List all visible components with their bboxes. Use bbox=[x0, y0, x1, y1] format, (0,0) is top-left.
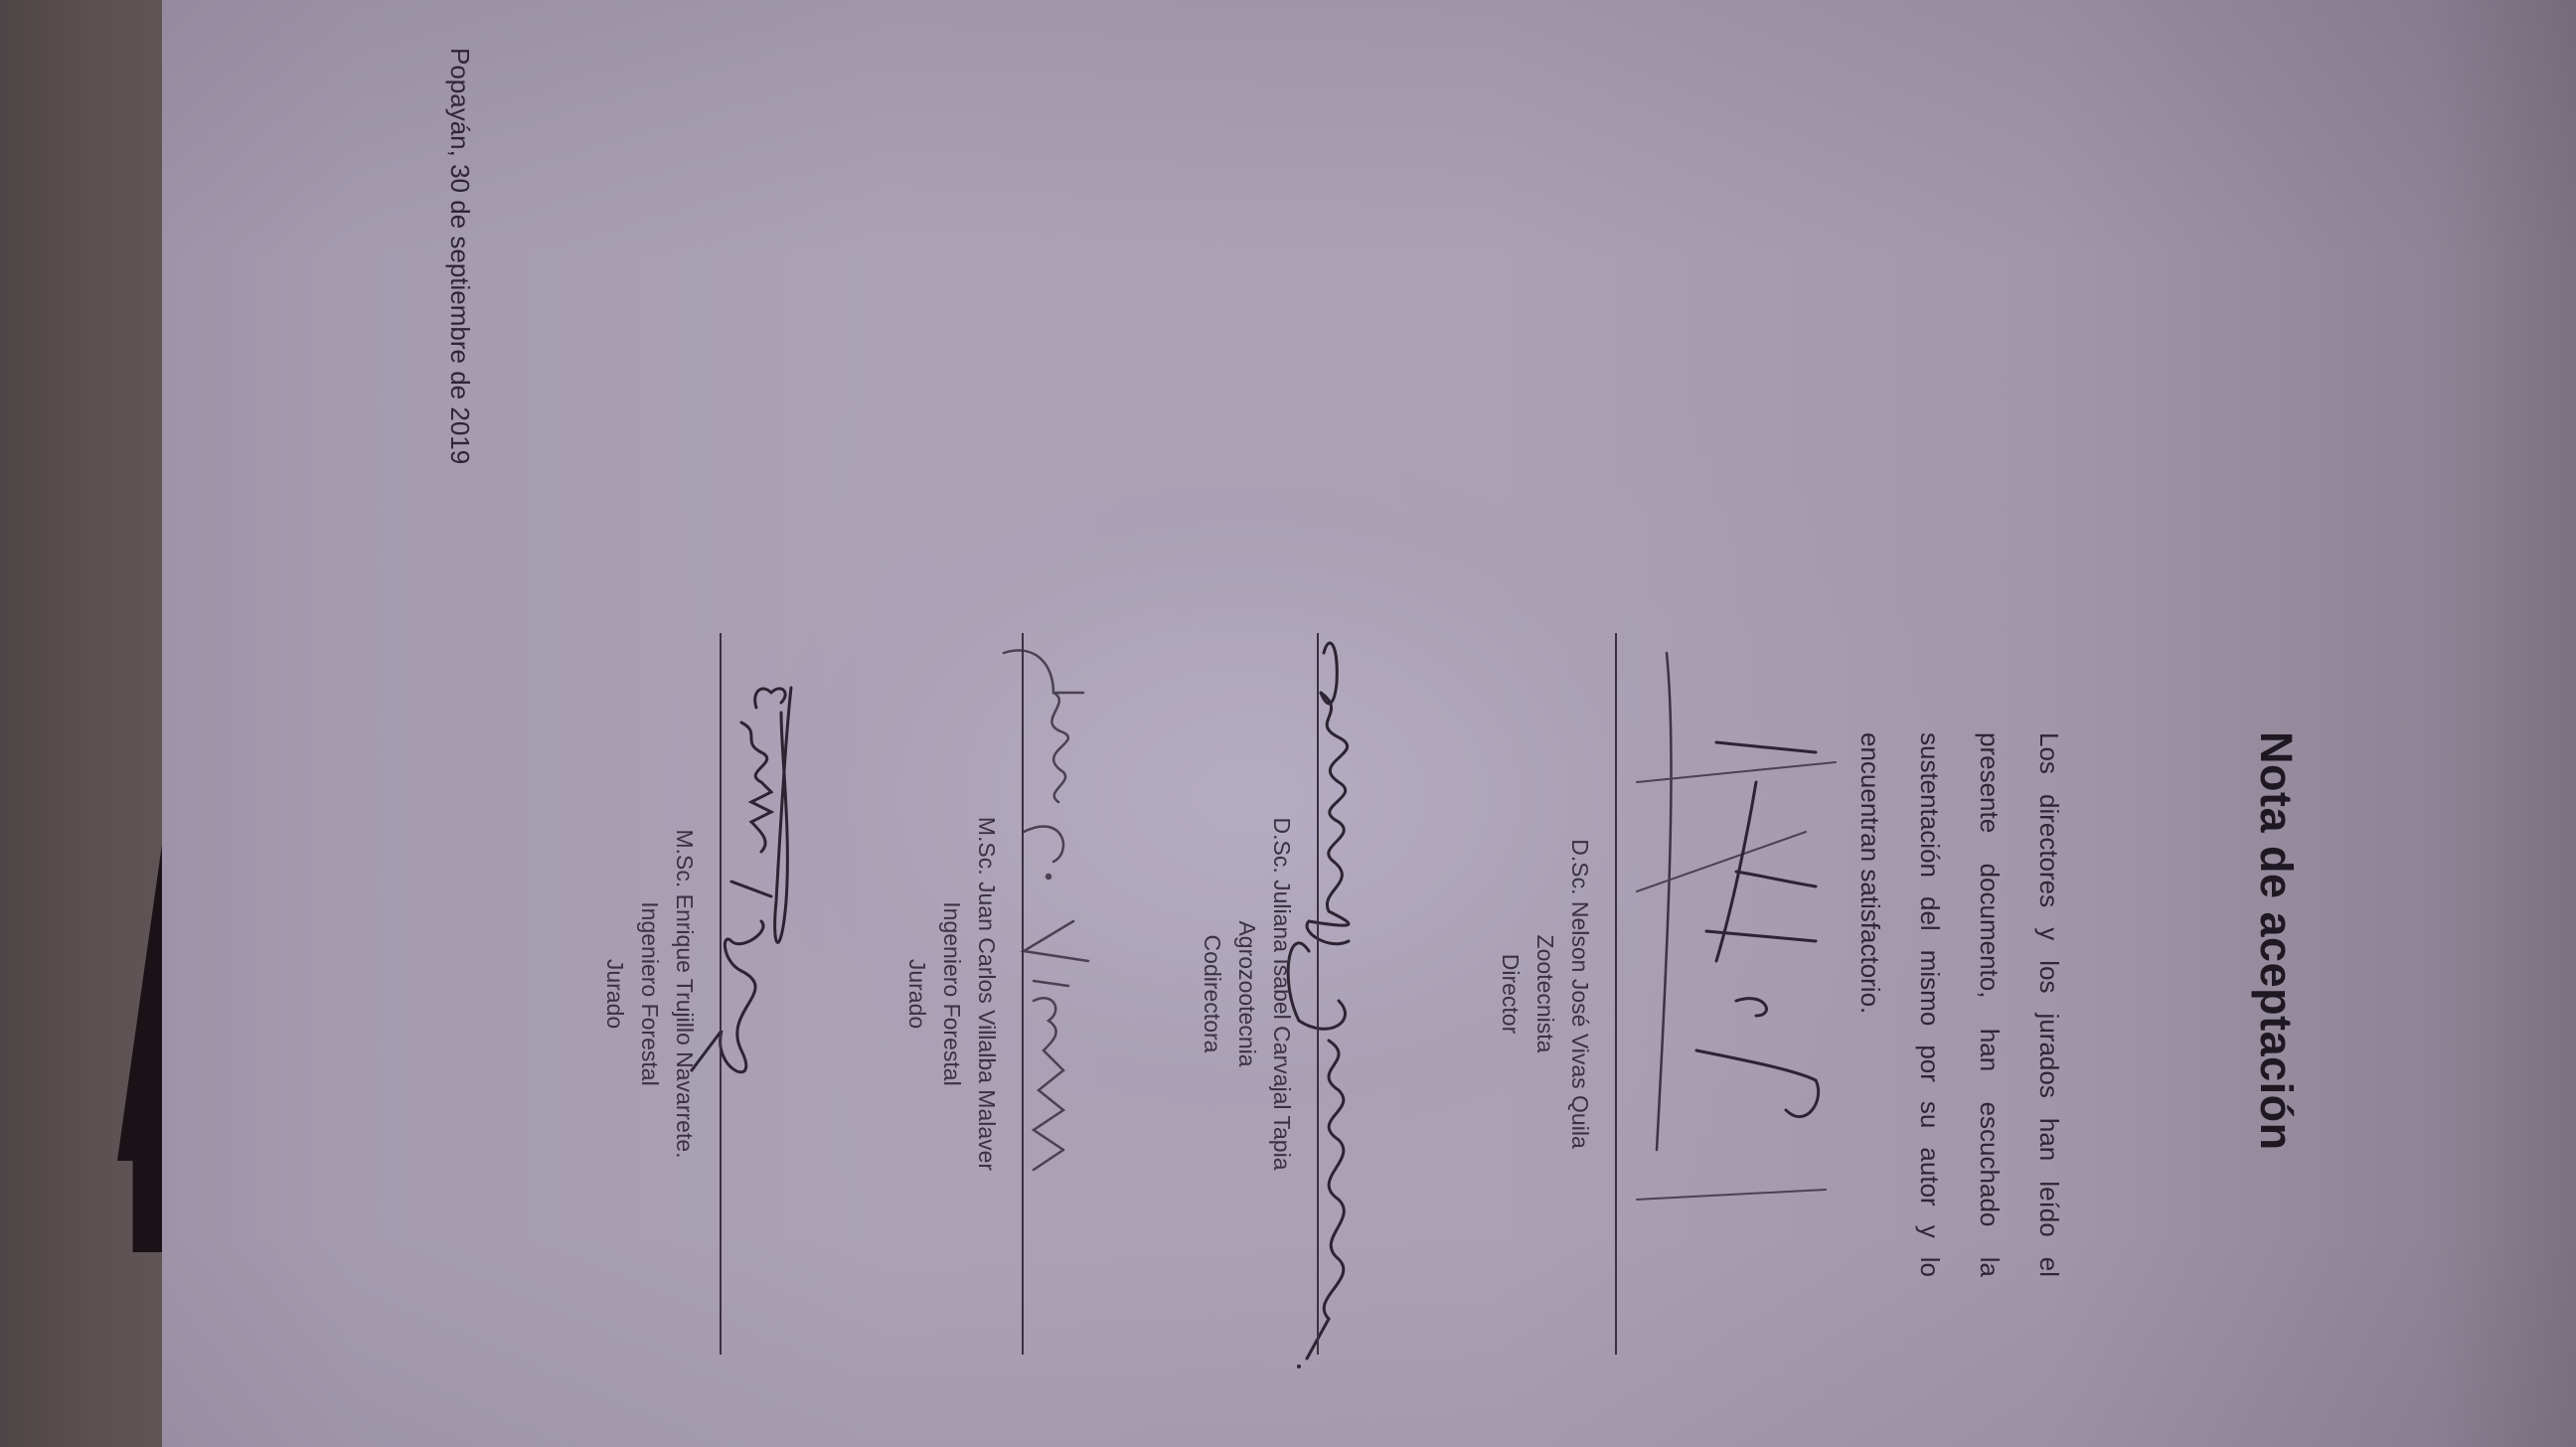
signatory-profession: Agrozootecnia bbox=[1229, 633, 1264, 1355]
signature-line bbox=[1022, 633, 1024, 1355]
signatory-profession: Zootecnista bbox=[1528, 633, 1562, 1355]
signatory-jurado-1: M.Sc. Juan Carlos Villalba Malaver Ingen… bbox=[899, 633, 1004, 1355]
signatory-role: Codirectora bbox=[1195, 633, 1229, 1355]
signature-line bbox=[720, 633, 722, 1355]
signatory-profession: Ingeniero Forestal bbox=[934, 633, 969, 1355]
signatory-codirectora: D.Sc. Juliana Isabel Carvajal Tapia Agro… bbox=[1195, 633, 1299, 1355]
signatory-role: Director bbox=[1493, 633, 1528, 1355]
photo-scene: Nota de aceptación Los directores y los … bbox=[0, 0, 2576, 1447]
signatory-jurado-2: M.Sc. Enrique Trujillo Navarrete. Ingeni… bbox=[597, 633, 702, 1355]
signatory-name: M.Sc. Enrique Trujillo Navarrete. bbox=[667, 633, 702, 1355]
handwritten-signature bbox=[692, 633, 801, 1355]
signatory-name: M.Sc. Juan Carlos Villalba Malaver bbox=[969, 633, 1004, 1355]
handwritten-signature bbox=[1289, 623, 1368, 1378]
signatory-role: Jurado bbox=[597, 633, 632, 1355]
place-and-date: Popayán, 30 de septiembre de 2019 bbox=[444, 48, 475, 464]
document-page: Nota de aceptación Los directores y los … bbox=[162, 0, 2576, 1447]
handwritten-signature bbox=[1637, 633, 1776, 1355]
signatory-role: Jurado bbox=[899, 633, 934, 1355]
signature-line bbox=[1317, 633, 1319, 1355]
signatory-name: D.Sc. Juliana Isabel Carvajal Tapia bbox=[1264, 633, 1299, 1355]
signatory-name: D.Sc. Nelson José Vivas Quila bbox=[1562, 633, 1597, 1355]
signatory-director: D.Sc. Nelson José Vivas Quila Zootecnist… bbox=[1493, 633, 1597, 1355]
signature-line bbox=[1615, 633, 1617, 1355]
page-title: Nota de aceptación bbox=[2250, 731, 2302, 1151]
signatory-profession: Ingeniero Forestal bbox=[632, 633, 667, 1355]
acceptance-paragraph: Los directores y los jurados han leído e… bbox=[1841, 732, 2079, 1277]
